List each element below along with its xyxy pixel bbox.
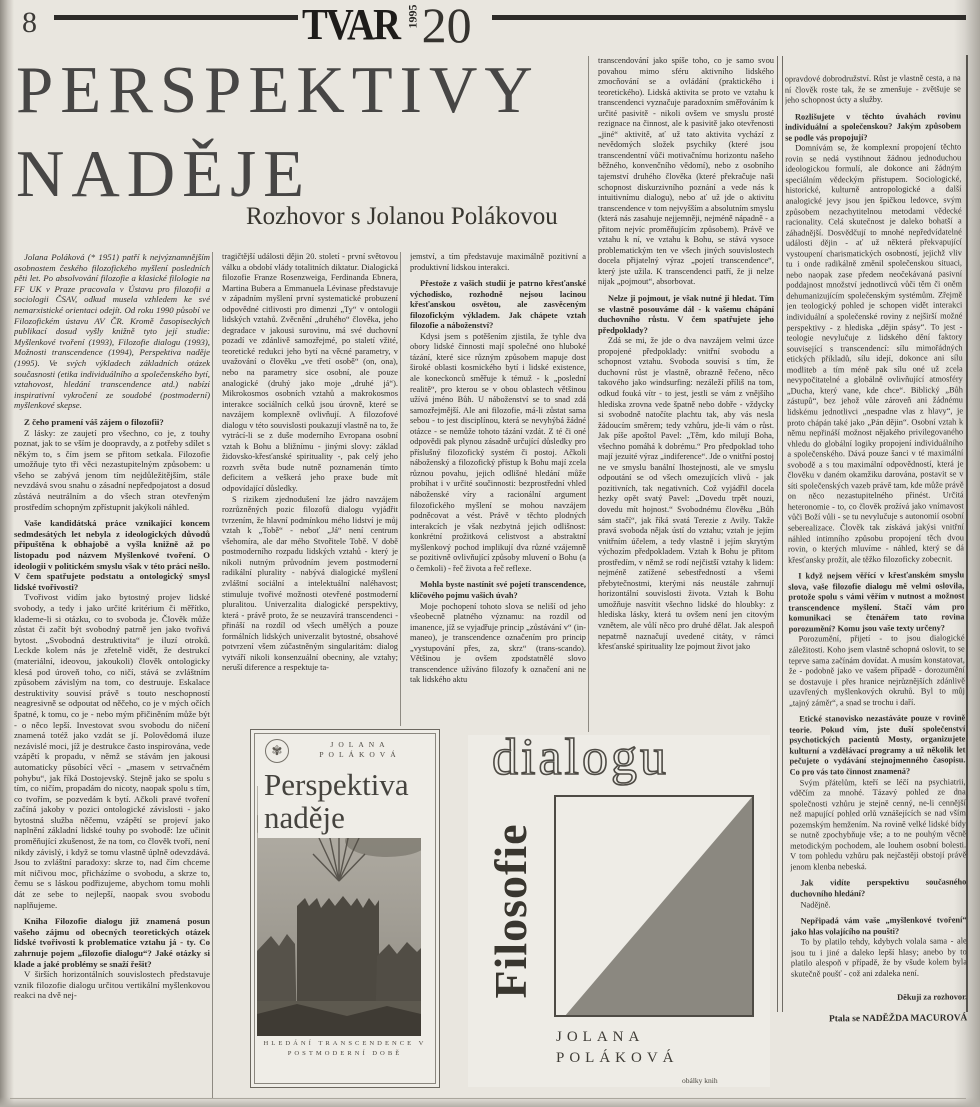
- body-paragraph: Moje pochopení tohoto slova se neliší od…: [410, 602, 586, 686]
- body-paragraph: Porozumění, přijetí - to jsou dialogické…: [789, 634, 966, 709]
- cover2-author: JOLANA POLÁKOVÁ: [556, 1027, 679, 1069]
- body-paragraph: tragičtější události dějin 20. století -…: [222, 252, 398, 495]
- article-headline: PERSPEKTIVY NADĚJE: [16, 48, 540, 216]
- body-paragraph: V širších horizontálních souvislostech p…: [14, 969, 210, 1001]
- interview-question: Vaše kandidátská práce vznikající koncem…: [14, 518, 210, 592]
- interview-question: Nelze ji pojmout, je však nutné ji hleda…: [598, 294, 774, 336]
- body-paragraph: Jolana Poláková (* 1951) patří k nejvýzn…: [14, 252, 210, 411]
- interview-question: Přestože z vašich studií je patrno křesť…: [410, 279, 586, 332]
- page-number: 8: [22, 6, 37, 40]
- masthead: TVAR199520: [302, 0, 472, 52]
- cover2-title-dialogu: dialogu: [492, 729, 669, 787]
- body-paragraph: Svým přátelům, kteří se léčí na psychiat…: [790, 777, 967, 873]
- newspaper-page: 8 TVAR199520 PERSPEKTIVY NADĚJE Rozhovor…: [0, 0, 980, 1107]
- sign-off: Děkuji za rozhovor.: [791, 993, 967, 1005]
- text-column-1: Jolana Poláková (* 1951) patří k nejvýzn…: [14, 252, 210, 1102]
- body-paragraph: Kdysi jsem s potěšením zjistila, že tyhl…: [410, 332, 586, 575]
- column-rule-4b: [782, 56, 783, 1012]
- masthead-year: 1995: [405, 15, 420, 29]
- text-column-5: opravdové dobrodružství. Růst je vlastně…: [785, 73, 968, 1022]
- body-paragraph: Tvořivost vidím jako bytostný projev lid…: [14, 592, 210, 910]
- text-column-2: tragičtější události dějin 20. století -…: [222, 252, 398, 728]
- cover1-author: JOLANA POLÁKOVÁ: [295, 740, 425, 760]
- column-rule-4a: [777, 56, 778, 1012]
- body-paragraph: To by platilo tehdy, kdybych volala sama…: [791, 937, 967, 980]
- sign-off: Ptala se NADĚŽDA MACUROVÁ: [791, 1013, 967, 1022]
- publisher-ornament-icon: ✾: [265, 739, 289, 763]
- interview-question: Rozlišujete v těchto úvahách rovinu indi…: [785, 111, 961, 144]
- text-column-4: transcendování jako spíše toho, co je sa…: [598, 56, 774, 730]
- scan-left-shadow: [0, 0, 14, 1107]
- text-column-3: jemství, a tím představuje maximálně poz…: [410, 252, 586, 738]
- interview-question: I když nejsem věřící v křesťanském smysl…: [788, 571, 964, 636]
- masthead-issue-number: 20: [422, 0, 472, 50]
- book-cover-filosofie-dialogu: dialogu Filosofie JOLANA POLÁKOVÁ obálky…: [468, 735, 770, 1087]
- body-paragraph: Zdá se mi, že jde o dva navzájem velmi ú…: [598, 336, 774, 652]
- interview-question: Nepřipadá vám vaše „myšlenkové tvoření“ …: [791, 915, 967, 937]
- column-rule-1: [212, 252, 213, 1098]
- masthead-rule-right: [492, 15, 966, 20]
- cover1-title: Perspektiva naděje: [258, 766, 426, 838]
- body-paragraph: S rizikem zjednodušení lze jádro navzáje…: [222, 495, 398, 674]
- cover2-square-frame: [554, 795, 754, 1017]
- cover2-title-filosofie: Filosofie: [484, 781, 536, 1041]
- body-paragraph: transcendování jako spíše toho, co je sa…: [598, 56, 774, 288]
- cover1-subtitle: HLEDÁNÍ TRANSCENDENCE V POSTMODERNÍ DOBĚ: [261, 1039, 429, 1058]
- book-cover-perspektiva-nadeje: ✾ JOLANA POLÁKOVÁ Perspektiva naděje: [250, 729, 440, 1088]
- cover2-triangle: [556, 797, 752, 1015]
- interview-question: Etické stanovisko nezastáváte pouze v ro…: [789, 714, 965, 779]
- masthead-logo: TVAR: [302, 0, 399, 50]
- body-paragraph: Z lásky: ze zaujetí pro všechno, co je, …: [14, 428, 210, 513]
- interview-question: Mohla byste nastínit své pojetí transcen…: [410, 580, 586, 601]
- right-edge-rule: [966, 55, 968, 1012]
- masthead-rule-left: [54, 15, 298, 20]
- body-paragraph: Domnívám se, že komplexní propojení těch…: [785, 143, 964, 566]
- body-paragraph: jemství, a tím představuje maximálně poz…: [410, 252, 586, 273]
- column-rule-3: [588, 56, 589, 732]
- column-rule-2: [400, 252, 401, 726]
- interview-question: Jak vidíte perspektivu současného duchov…: [790, 878, 966, 900]
- interview-question: Kniha Filozofie dialogu již znamená posu…: [14, 916, 210, 969]
- body-paragraph: opravdové dobrodružství. Růst je vlastně…: [785, 73, 961, 106]
- body-paragraph: Nadějně.: [790, 899, 966, 911]
- covers-caption: obálky knih: [682, 1076, 718, 1085]
- interview-question: Z čeho pramení váš zájem o filozofii?: [14, 417, 210, 428]
